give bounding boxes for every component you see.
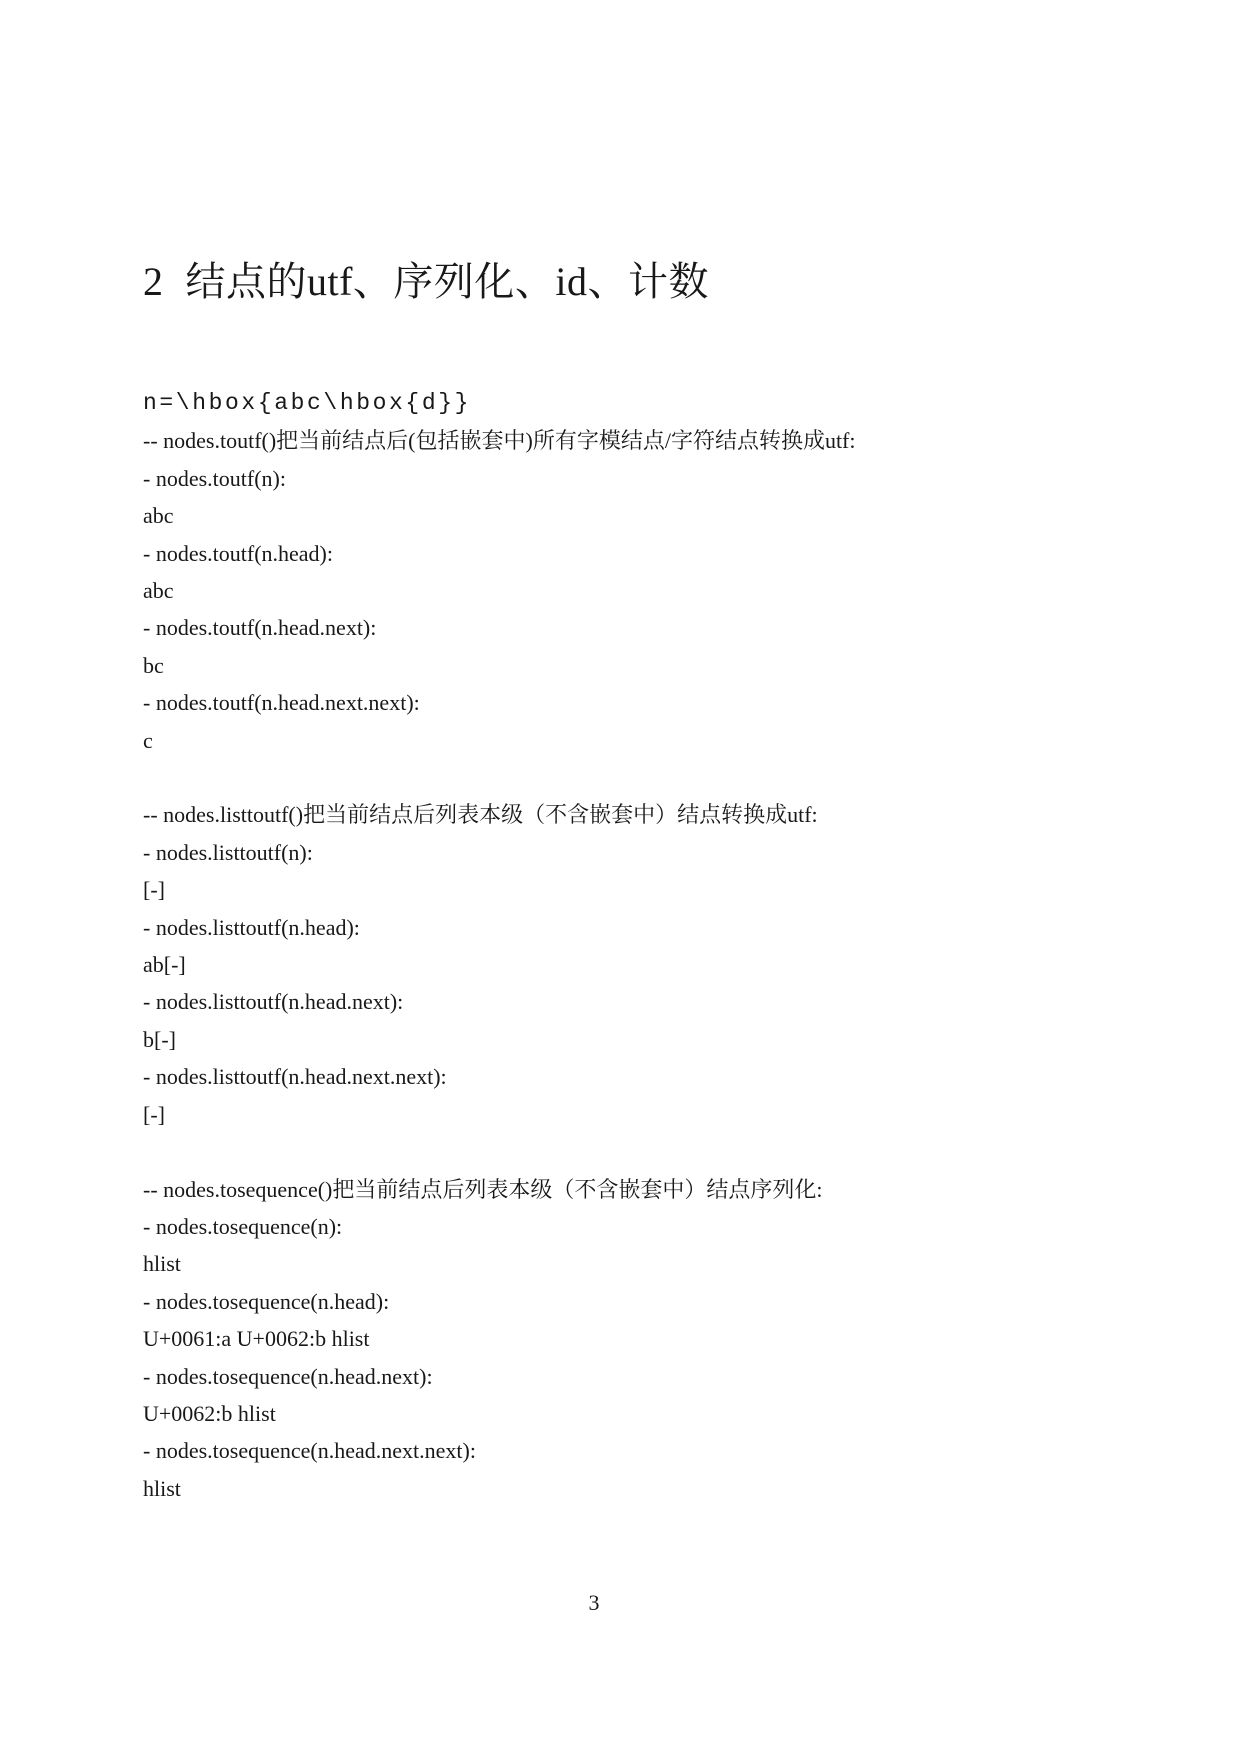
section-title: 结点的utf、序列化、id、计数 [186, 259, 710, 304]
code-line: n=\hbox{abc\hbox{d}} [143, 385, 1153, 422]
result-line: U+0061:a U+0062:b hlist [143, 1320, 1153, 1357]
block-header: -- nodes.toutf()把当前结点后(包括嵌套中)所有字模结点/字符结点… [143, 422, 1153, 459]
block-header: -- nodes.listtoutf()把当前结点后列表本级（不含嵌套中）结点转… [143, 796, 1153, 833]
block-listtoutf: -- nodes.listtoutf()把当前结点后列表本级（不含嵌套中）结点转… [143, 796, 1153, 1133]
call-line: - nodes.tosequence(n.head.next.next): [143, 1432, 1153, 1469]
call-line: - nodes.tosequence(n.head.next): [143, 1358, 1153, 1395]
result-line: c [143, 722, 1153, 759]
result-line: bc [143, 647, 1153, 684]
document-body: n=\hbox{abc\hbox{d}} -- nodes.toutf()把当前… [143, 385, 1153, 1507]
result-line: ab[-] [143, 946, 1153, 983]
result-line: U+0062:b hlist [143, 1395, 1153, 1432]
call-line: - nodes.toutf(n.head.next.next): [143, 684, 1153, 721]
call-line: - nodes.listtoutf(n.head.next.next): [143, 1058, 1153, 1095]
call-line: - nodes.listtoutf(n.head): [143, 909, 1153, 946]
call-line: - nodes.toutf(n.head): [143, 535, 1153, 572]
result-line: b[-] [143, 1021, 1153, 1058]
result-line: hlist [143, 1470, 1153, 1507]
call-line: - nodes.listtoutf(n): [143, 834, 1153, 871]
block-tosequence: -- nodes.tosequence()把当前结点后列表本级（不含嵌套中）结点… [143, 1171, 1153, 1508]
section-heading: 2结点的utf、序列化、id、计数 [143, 258, 709, 306]
call-line: - nodes.tosequence(n): [143, 1208, 1153, 1245]
call-line: - nodes.tosequence(n.head): [143, 1283, 1153, 1320]
result-line: hlist [143, 1245, 1153, 1282]
call-line: - nodes.toutf(n.head.next): [143, 609, 1153, 646]
result-line: abc [143, 572, 1153, 609]
document-page: 2结点的utf、序列化、id、计数 n=\hbox{abc\hbox{d}} -… [0, 0, 1240, 1754]
block-toutf: -- nodes.toutf()把当前结点后(包括嵌套中)所有字模结点/字符结点… [143, 422, 1153, 759]
call-line: - nodes.listtoutf(n.head.next): [143, 983, 1153, 1020]
result-line: abc [143, 497, 1153, 534]
page-number: 3 [0, 1588, 1188, 1618]
result-line: [-] [143, 1096, 1153, 1133]
section-number: 2 [143, 259, 164, 304]
call-line: - nodes.toutf(n): [143, 460, 1153, 497]
block-header: -- nodes.tosequence()把当前结点后列表本级（不含嵌套中）结点… [143, 1171, 1153, 1208]
result-line: [-] [143, 871, 1153, 908]
